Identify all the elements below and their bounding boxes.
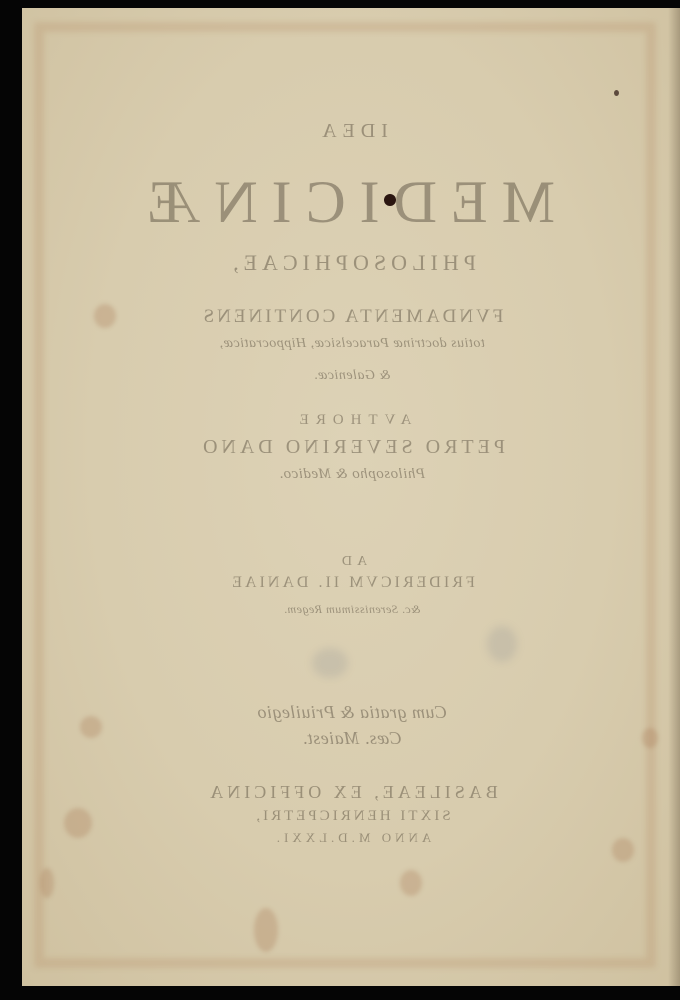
stain xyxy=(487,626,517,662)
stain xyxy=(254,908,278,952)
bleed-line-philosopho: Philosopho & Medico. xyxy=(22,466,680,483)
stain xyxy=(312,648,348,678)
stain xyxy=(400,870,422,896)
bleed-line-anno: ANNO M.D.LXXI. xyxy=(22,830,680,846)
bleed-line-author-name: PETRO SEVERINO DANO xyxy=(22,436,680,459)
bleed-line-ad: AD xyxy=(22,554,680,570)
bleed-line-cum-gratia: Cum gratia & Priuilegio xyxy=(22,702,680,723)
bleed-line-regem: &c. Serenissimum Regem. xyxy=(22,602,680,617)
bleed-line-authore: AVTHORE xyxy=(22,412,680,429)
bleed-line-philosophicae: PHILOSOPHICAE, xyxy=(22,250,680,276)
bleed-line-fridericum: FRIDERICVM II. DANIAE xyxy=(22,574,680,592)
bleed-line-doctrinae: totius doctrinæ Paracelsicæ, Hippocratic… xyxy=(22,336,680,352)
bleed-line-basileae: BASILEAE, EX OFFICINA xyxy=(22,782,680,803)
bleed-line-henricpetri: SIXTI HENRICPETRI, xyxy=(22,808,680,825)
ink-speck xyxy=(614,90,619,96)
bleed-line-medicinae: MEDICINÆ xyxy=(22,168,674,237)
bleed-line-galenicae: & Galenicæ. xyxy=(22,368,680,384)
water-stain-border xyxy=(34,22,656,968)
book-page: IDEA MEDICINÆ PHILOSOPHICAE, FVNDAMENTA … xyxy=(22,8,680,986)
bleed-line-idea: IDEA xyxy=(22,120,680,143)
stain xyxy=(40,868,54,898)
bleed-line-fundamenta: FVNDAMENTA CONTINENS xyxy=(22,306,680,328)
bleed-line-maiest: Cæs. Maiest. xyxy=(22,728,680,749)
